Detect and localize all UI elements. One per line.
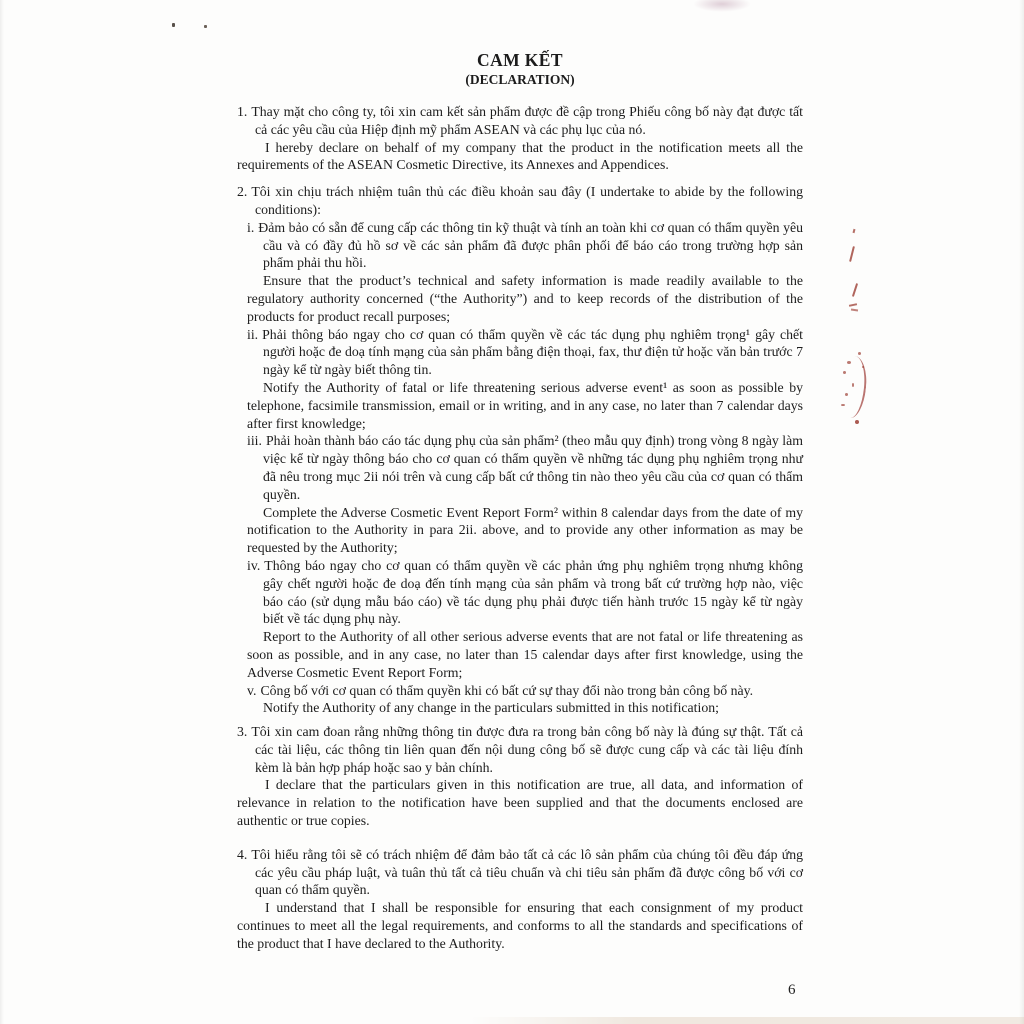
red-ink-mark [851, 309, 858, 312]
item-2-number: 2. [237, 184, 251, 199]
item-2-subitems: i.Đảm bảo có sẵn để cung cấp các thông t… [247, 219, 803, 717]
item-1-vietnamese: 1.Thay mặt cho công ty, tôi xin cam kết … [237, 103, 803, 139]
subitem-v-vietnamese: v.Công bố với cơ quan có thẩm quyền khi … [247, 682, 803, 700]
item-4-number: 4. [237, 847, 251, 862]
ink-speck [204, 25, 207, 28]
page-number: 6 [788, 982, 796, 999]
declaration-document: CAM KẾT (DECLARATION) 1.Thay mặt cho côn… [237, 50, 803, 953]
stamp-speck [862, 366, 864, 368]
ink-speck [172, 23, 175, 27]
declaration-item-3: 3.Tôi xin cam đoan rằng những thông tin … [237, 723, 803, 830]
stamp-speck [847, 361, 851, 364]
scanned-document-page: { "page": { "title": "CAM KẾT", "subtitl… [0, 0, 1024, 1024]
stamp-speck [855, 420, 859, 424]
subitem-i-english: Ensure that the product’s technical and … [247, 272, 803, 325]
subitem-i-vietnamese: i.Đảm bảo có sẵn để cung cấp các thông t… [247, 219, 803, 272]
subitem-iii-vietnamese-text: Phải hoàn thành báo cáo tác dụng phụ của… [263, 433, 803, 501]
subitem-v-english: Notify the Authority of any change in th… [247, 699, 803, 717]
scan-edge-left [0, 0, 4, 1024]
subitem-iii-english: Complete the Adverse Cosmetic Event Repo… [247, 504, 803, 557]
subitem-iv-marker: iv. [247, 558, 264, 573]
subitem-ii-vietnamese: ii.Phải thông báo ngay cho cơ quan có th… [247, 326, 803, 379]
subitem-i-vietnamese-text: Đảm bảo có sẵn để cung cấp các thông tin… [258, 220, 803, 271]
declaration-item-2: 2.Tôi xin chịu trách nhiệm tuân thủ các … [237, 183, 803, 717]
item-1-number: 1. [237, 104, 251, 119]
red-ink-mark [852, 283, 858, 297]
stamp-speck [852, 383, 854, 387]
item-4-vietnamese-text: Tôi hiểu rằng tôi sẽ có trách nhiệm để đ… [251, 847, 803, 898]
item-3-vietnamese: 3.Tôi xin cam đoan rằng những thông tin … [237, 723, 803, 776]
stamp-speck [858, 352, 861, 355]
subitem-iii-marker: iii. [247, 433, 266, 448]
scan-smudge [693, 0, 751, 12]
page-title: CAM KẾT [237, 50, 803, 71]
declaration-item-1: 1.Thay mặt cho công ty, tôi xin cam kết … [237, 103, 803, 174]
red-ink-mark [849, 246, 855, 262]
item-3-number: 3. [237, 724, 251, 739]
stamp-edge-arc [835, 355, 869, 420]
item-4-vietnamese: 4.Tôi hiểu rằng tôi sẽ có trách nhiệm để… [237, 846, 803, 899]
subitem-iii-vietnamese: iii.Phải hoàn thành báo cáo tác dụng phụ… [247, 432, 803, 503]
item-4-english: I understand that I shall be responsible… [237, 899, 803, 952]
underlying-page-edge [470, 1017, 1024, 1024]
subitem-iv-vietnamese-text: Thông báo ngay cho cơ quan có thẩm quyền… [263, 558, 803, 626]
subitem-ii-marker: ii. [247, 327, 262, 342]
subitem-ii-vietnamese-text: Phải thông báo ngay cho cơ quan có thẩm … [262, 327, 803, 378]
item-1-vietnamese-text: Thay mặt cho công ty, tôi xin cam kết sả… [251, 104, 803, 137]
item-1-english: I hereby declare on behalf of my company… [237, 139, 803, 175]
stamp-speck [841, 404, 845, 406]
subitem-ii-english: Notify the Authority of fatal or life th… [247, 379, 803, 432]
item-2-vietnamese: 2.Tôi xin chịu trách nhiệm tuân thủ các … [237, 183, 803, 219]
item-2-vietnamese-text: Tôi xin chịu trách nhiệm tuân thủ các đi… [251, 184, 803, 217]
item-3-vietnamese-text: Tôi xin cam đoan rằng những thông tin đư… [251, 724, 803, 775]
scan-edge-right [1019, 0, 1024, 1024]
page-subtitle: (DECLARATION) [237, 71, 803, 88]
subitem-v-marker: v. [247, 683, 260, 698]
subitem-iv-english: Report to the Authority of all other ser… [247, 628, 803, 681]
subitem-i-marker: i. [247, 220, 258, 235]
red-ink-mark [853, 229, 856, 233]
item-3-english: I declare that the particulars given in … [237, 776, 803, 829]
declaration-item-4: 4.Tôi hiểu rằng tôi sẽ có trách nhiệm để… [237, 846, 803, 953]
subitem-iv-vietnamese: iv.Thông báo ngay cho cơ quan có thẩm qu… [247, 557, 803, 628]
stamp-speck [843, 371, 846, 374]
red-ink-mark [849, 303, 857, 307]
stamp-speck [845, 393, 848, 396]
subitem-v-vietnamese-text: Công bố với cơ quan có thẩm quyền khi có… [260, 683, 753, 698]
